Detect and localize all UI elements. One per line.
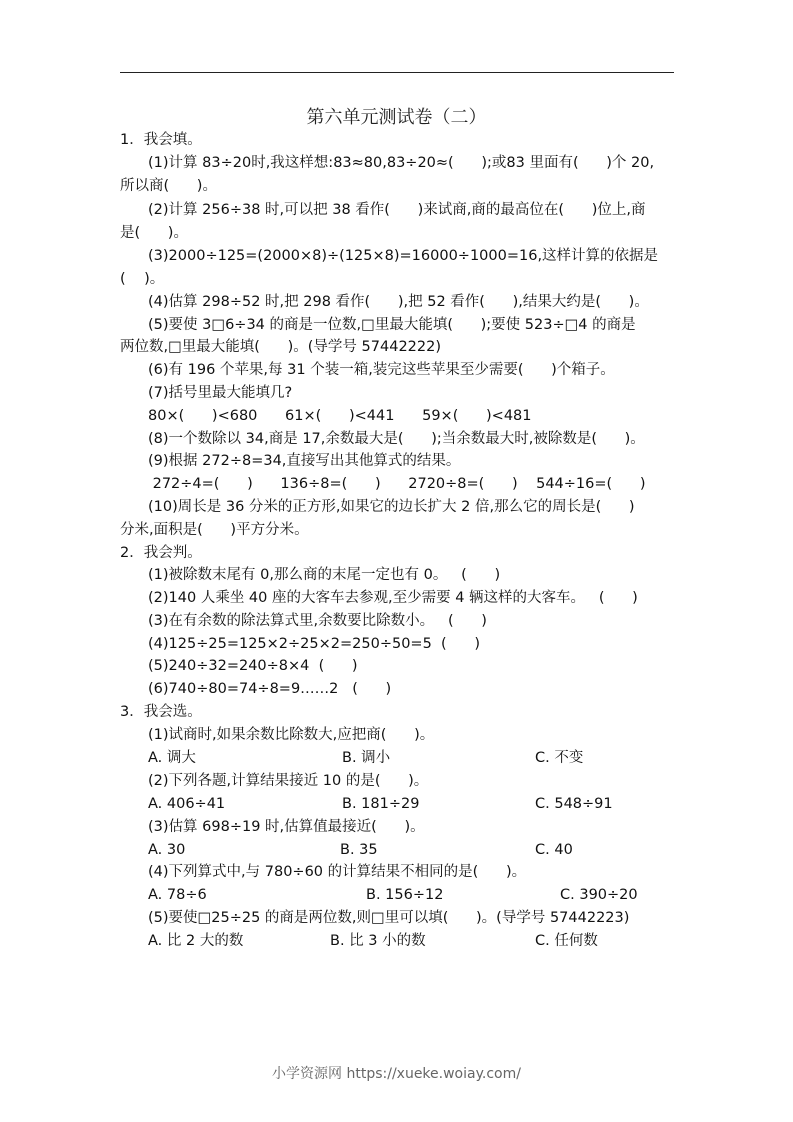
page-title: 第六单元测试卷（二） [0,103,793,129]
question-line: (4)估算 298÷52 时,把 298 看作( ),把 52 看作( ),结果… [148,293,649,311]
option-a: A. 406÷41 [148,795,225,813]
question-line: ( )。 [120,270,164,288]
option-c: C. 548÷91 [535,795,613,813]
option-c: C. 不变 [535,749,583,767]
question-line: (7)括号里最大能填几? [148,384,292,402]
option-b: B. 35 [340,841,378,859]
question-line: (5)要使 3□6÷34 的商是一位数,□里最大能填( );要使 523÷□4 … [148,316,636,334]
question-line: (9)根据 272÷8=34,直接写出其他算式的结果。 [148,452,460,470]
question-line: (2)计算 256÷38 时,可以把 38 看作( )来试商,商的最高位在( )… [148,201,645,219]
header-rule [120,72,674,73]
question-line: 是( )。 [120,224,188,242]
question-line: (3)2000÷125=(2000×8)÷(125×8)=16000÷1000=… [148,247,658,265]
question-line: (1)被除数末尾有 0,那么商的末尾一定也有 0。 ( ) [148,566,500,584]
question-line: (1)计算 83÷20时,我这样想:83≈80,83÷20≈( );或83 里面… [148,154,654,172]
option-a: A. 78÷6 [148,886,207,904]
question-line: (5)240÷32=240÷8×4 ( ) [148,657,358,675]
question-line: 80×( )<680 61×( )<441 59×( )<481 [148,407,532,425]
question-line: (3)估算 698÷19 时,估算值最接近( )。 [148,818,425,836]
option-b: B. 156÷12 [366,886,443,904]
option-b: B. 比 3 小的数 [330,932,426,950]
section-heading: 3．我会选。 [120,703,202,721]
question-line: (4)125÷25=125×2÷25×2=250÷50=5 ( ) [148,635,480,653]
question-line: 所以商( )。 [120,177,217,195]
question-line: (6)有 196 个苹果,每 31 个装一箱,装完这些苹果至少需要( )个箱子。 [148,361,615,379]
footer-watermark: 小学资源网 https://xueke.woiay.com/ [0,1063,793,1083]
question-line: 272÷4=( ) 136÷8=( ) 2720÷8=( ) 544÷16=( … [148,475,645,493]
question-line: (3)在有余数的除法算式里,余数要比除数小。 ( ) [148,612,487,630]
section-heading: 1．我会填。 [120,131,202,149]
question-line: 两位数,□里最大能填( )。(导学号 57442222) [120,338,441,356]
option-c: C. 390÷20 [560,886,638,904]
question-line: (5)要使□25÷25 的商是两位数,则□里可以填( )。(导学号 574422… [148,909,629,927]
option-b: B. 181÷29 [342,795,419,813]
option-c: C. 40 [535,841,573,859]
question-line: (1)试商时,如果余数比除数大,应把商( )。 [148,726,434,744]
question-line: (10)周长是 36 分米的正方形,如果它的边长扩大 2 倍,那么它的周长是( … [148,498,635,516]
question-line: (2)下列各题,计算结果接近 10 的是( )。 [148,772,428,790]
option-a: A. 30 [148,841,185,859]
option-a: A. 调大 [148,749,196,767]
option-b: B. 调小 [342,749,390,767]
section-heading: 2．我会判。 [120,544,202,562]
question-line: (4)下列算式中,与 780÷60 的计算结果不相同的是( )。 [148,863,526,881]
question-line: 分米,面积是( )平方分米。 [120,521,309,539]
question-line: (6)740÷80=74÷8=9……2 ( ) [148,680,391,698]
option-c: C. 任何数 [535,932,598,950]
option-a: A. 比 2 大的数 [148,932,243,950]
question-line: (8)一个数除以 34,商是 17,余数最大是( );当余数最大时,被除数是( … [148,430,645,448]
question-line: (2)140 人乘坐 40 座的大客车去参观,至少需要 4 辆这样的大客车。 (… [148,589,638,607]
